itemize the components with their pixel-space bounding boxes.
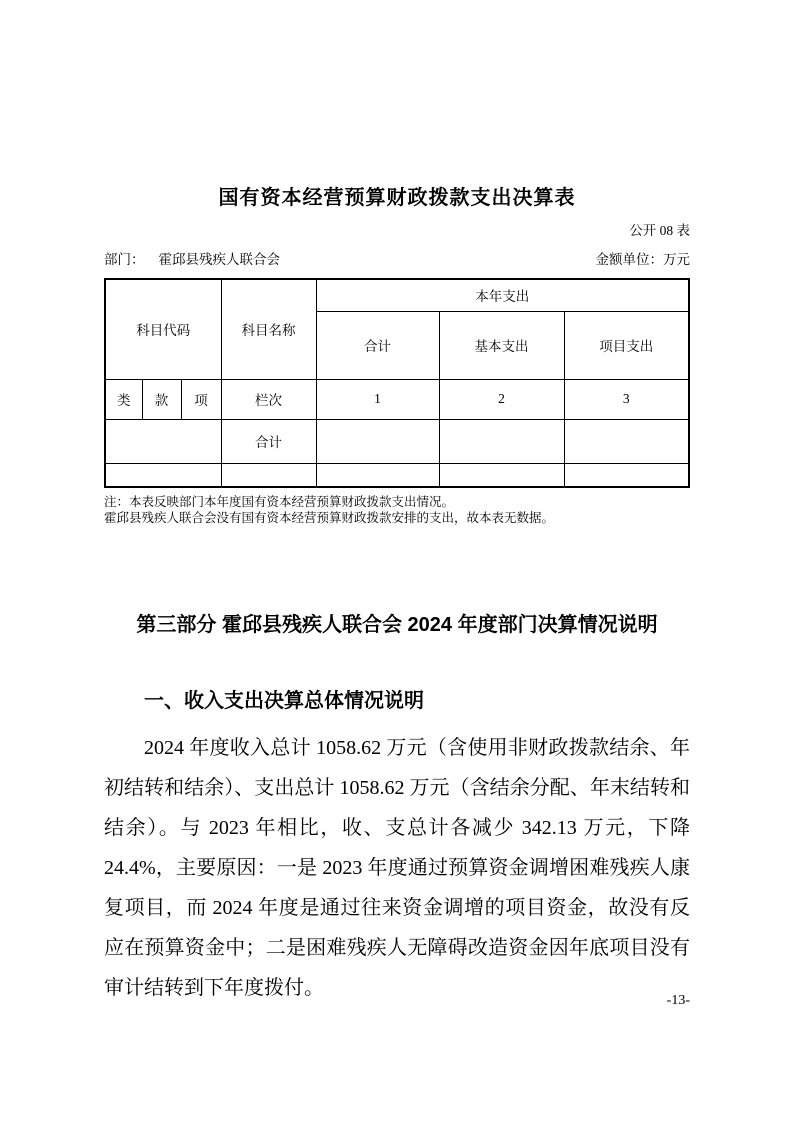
row-name-cell — [221, 463, 316, 487]
row-basic-cell — [439, 419, 564, 463]
header-subject-code: 科目代码 — [105, 279, 221, 379]
row-total-cell — [316, 419, 439, 463]
page-content: 国有资本经营预算财政拨款支出决算表 公开 08 表 部门：霍邱县残疾人联合会 金… — [104, 0, 690, 1008]
header-project-expenditure: 项目支出 — [564, 311, 689, 379]
header-basic-expenditure: 基本支出 — [439, 311, 564, 379]
row-project-cell — [564, 419, 689, 463]
page-number: -13- — [667, 992, 690, 1010]
row-name-cell: 合计 — [221, 419, 316, 463]
note-line-2: 霍邱县残疾人联合会没有国有资本经营预算财政拨款安排的支出，故本表无数据。 — [104, 510, 690, 526]
header-total: 合计 — [316, 311, 439, 379]
sub-heading: 一、收入支出决算总体情况说明 — [104, 688, 690, 714]
department-line: 部门：霍邱县残疾人联合会 — [104, 251, 280, 268]
row-total-cell — [316, 463, 439, 487]
table-row: 合计 — [105, 419, 689, 463]
code-item-cell: 项 — [181, 379, 221, 419]
code-class-cell: 类 — [105, 379, 142, 419]
row-code-cell — [105, 419, 221, 463]
row-project-cell — [564, 463, 689, 487]
department-label: 部门： — [104, 252, 145, 267]
header-current-year-expenditure: 本年支出 — [316, 279, 689, 311]
body-paragraph: 2024 年度收入总计 1058.62 万元（含使用非财政拨款结余、年初结转和结… — [104, 728, 690, 1008]
table-code-label: 公开 08 表 — [104, 222, 690, 239]
note-line-1: 注：本表反映部门本年度国有资本经营预算财政拨款支出情况。 — [104, 494, 690, 510]
table-column-index-row: 类 款 项 栏次 1 2 3 — [105, 379, 689, 419]
table-row — [105, 463, 689, 487]
document-page: 国有资本经营预算财政拨款支出决算表 公开 08 表 部门：霍邱县残疾人联合会 金… — [0, 0, 793, 1122]
table-notes: 注：本表反映部门本年度国有资本经营预算财政拨款支出情况。 霍邱县残疾人联合会没有… — [104, 494, 690, 526]
column-number-3: 3 — [564, 379, 689, 419]
table-meta-row: 部门：霍邱县残疾人联合会 金额单位：万元 — [104, 251, 690, 268]
part-heading: 第三部分 霍邱县残疾人联合会 2024 年度部门决算情况说明 — [104, 612, 690, 638]
column-number-2: 2 — [439, 379, 564, 419]
report-title: 国有资本经营预算财政拨款支出决算表 — [104, 186, 690, 210]
row-code-cell — [105, 463, 221, 487]
code-section-cell: 款 — [142, 379, 181, 419]
column-number-1: 1 — [316, 379, 439, 419]
unit-label: 金额单位：万元 — [596, 251, 691, 268]
row-basic-cell — [439, 463, 564, 487]
table-header-row-1: 科目代码 科目名称 本年支出 — [105, 279, 689, 311]
column-label-cell: 栏次 — [221, 379, 316, 419]
department-value: 霍邱县残疾人联合会 — [159, 252, 281, 267]
header-subject-name: 科目名称 — [221, 279, 316, 379]
budget-table: 科目代码 科目名称 本年支出 合计 基本支出 项目支出 类 款 项 栏次 1 2… — [104, 278, 690, 488]
